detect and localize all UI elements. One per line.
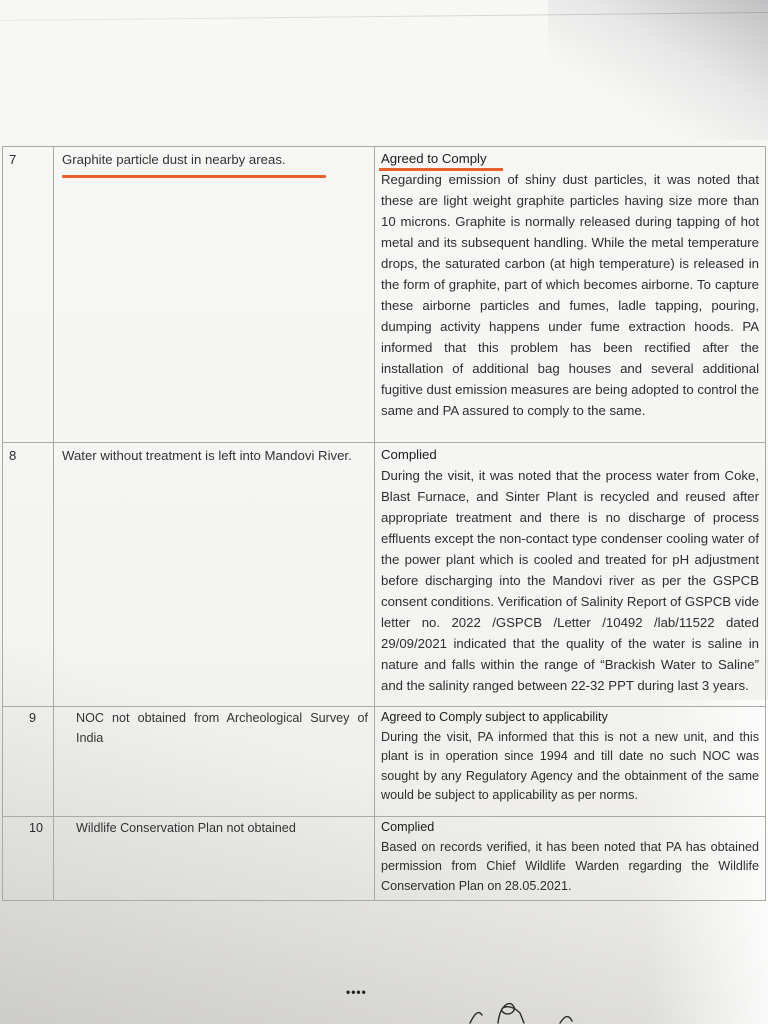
signature-icon	[440, 995, 620, 1024]
issue-text: Graphite particle dust in nearby areas.	[62, 149, 368, 170]
response-cell: Complied During the visit, it was noted …	[375, 443, 766, 707]
table-row: 9 NOC not obtained from Archeological Su…	[3, 707, 766, 817]
issue-cell: Water without treatment is left into Man…	[54, 443, 375, 707]
status-label: Complied	[381, 818, 434, 838]
compliance-table: 7 Graphite particle dust in nearby areas…	[2, 146, 766, 901]
issue-cell: NOC not obtained from Archeological Surv…	[54, 707, 375, 817]
issue-text: Wildlife Conservation Plan not obtained	[76, 819, 368, 839]
response-text: Regarding emission of shiny dust particl…	[381, 169, 759, 421]
table-row: 7 Graphite particle dust in nearby areas…	[3, 147, 766, 443]
issue-text: Water without treatment is left into Man…	[62, 445, 368, 466]
response-cell: Agreed to Comply Regarding emission of s…	[375, 147, 766, 443]
response-cell: Complied Based on records verified, it h…	[375, 817, 766, 901]
response-text: During the visit, PA informed that this …	[381, 728, 759, 806]
end-of-page-mark: ••••	[346, 985, 367, 999]
page-shadow	[548, 0, 768, 140]
row-number: 10	[3, 817, 54, 901]
response-text: During the visit, it was noted that the …	[381, 465, 759, 696]
highlight-underline	[379, 168, 503, 171]
row-number: 8	[3, 443, 54, 707]
issue-cell: Graphite particle dust in nearby areas.	[54, 147, 375, 443]
table-row: 8 Water without treatment is left into M…	[3, 443, 766, 707]
highlight-underline	[62, 175, 326, 178]
table-row: 10 Wildlife Conservation Plan not obtain…	[3, 817, 766, 901]
status-label: Complied	[381, 444, 437, 465]
row-number: 7	[3, 147, 54, 443]
issue-text: NOC not obtained from Archeological Surv…	[76, 709, 368, 748]
status-label: Agreed to Comply subject to applicabilit…	[381, 708, 608, 728]
response-text: Based on records verified, it has been n…	[381, 838, 759, 897]
response-cell: Agreed to Comply subject to applicabilit…	[375, 707, 766, 817]
row-number: 9	[3, 707, 54, 817]
issue-cell: Wildlife Conservation Plan not obtained	[54, 817, 375, 901]
status-text: Agreed to Comply	[381, 151, 487, 166]
status-label: Agreed to Comply	[381, 148, 487, 169]
document-page: 7 Graphite particle dust in nearby areas…	[0, 0, 768, 1024]
